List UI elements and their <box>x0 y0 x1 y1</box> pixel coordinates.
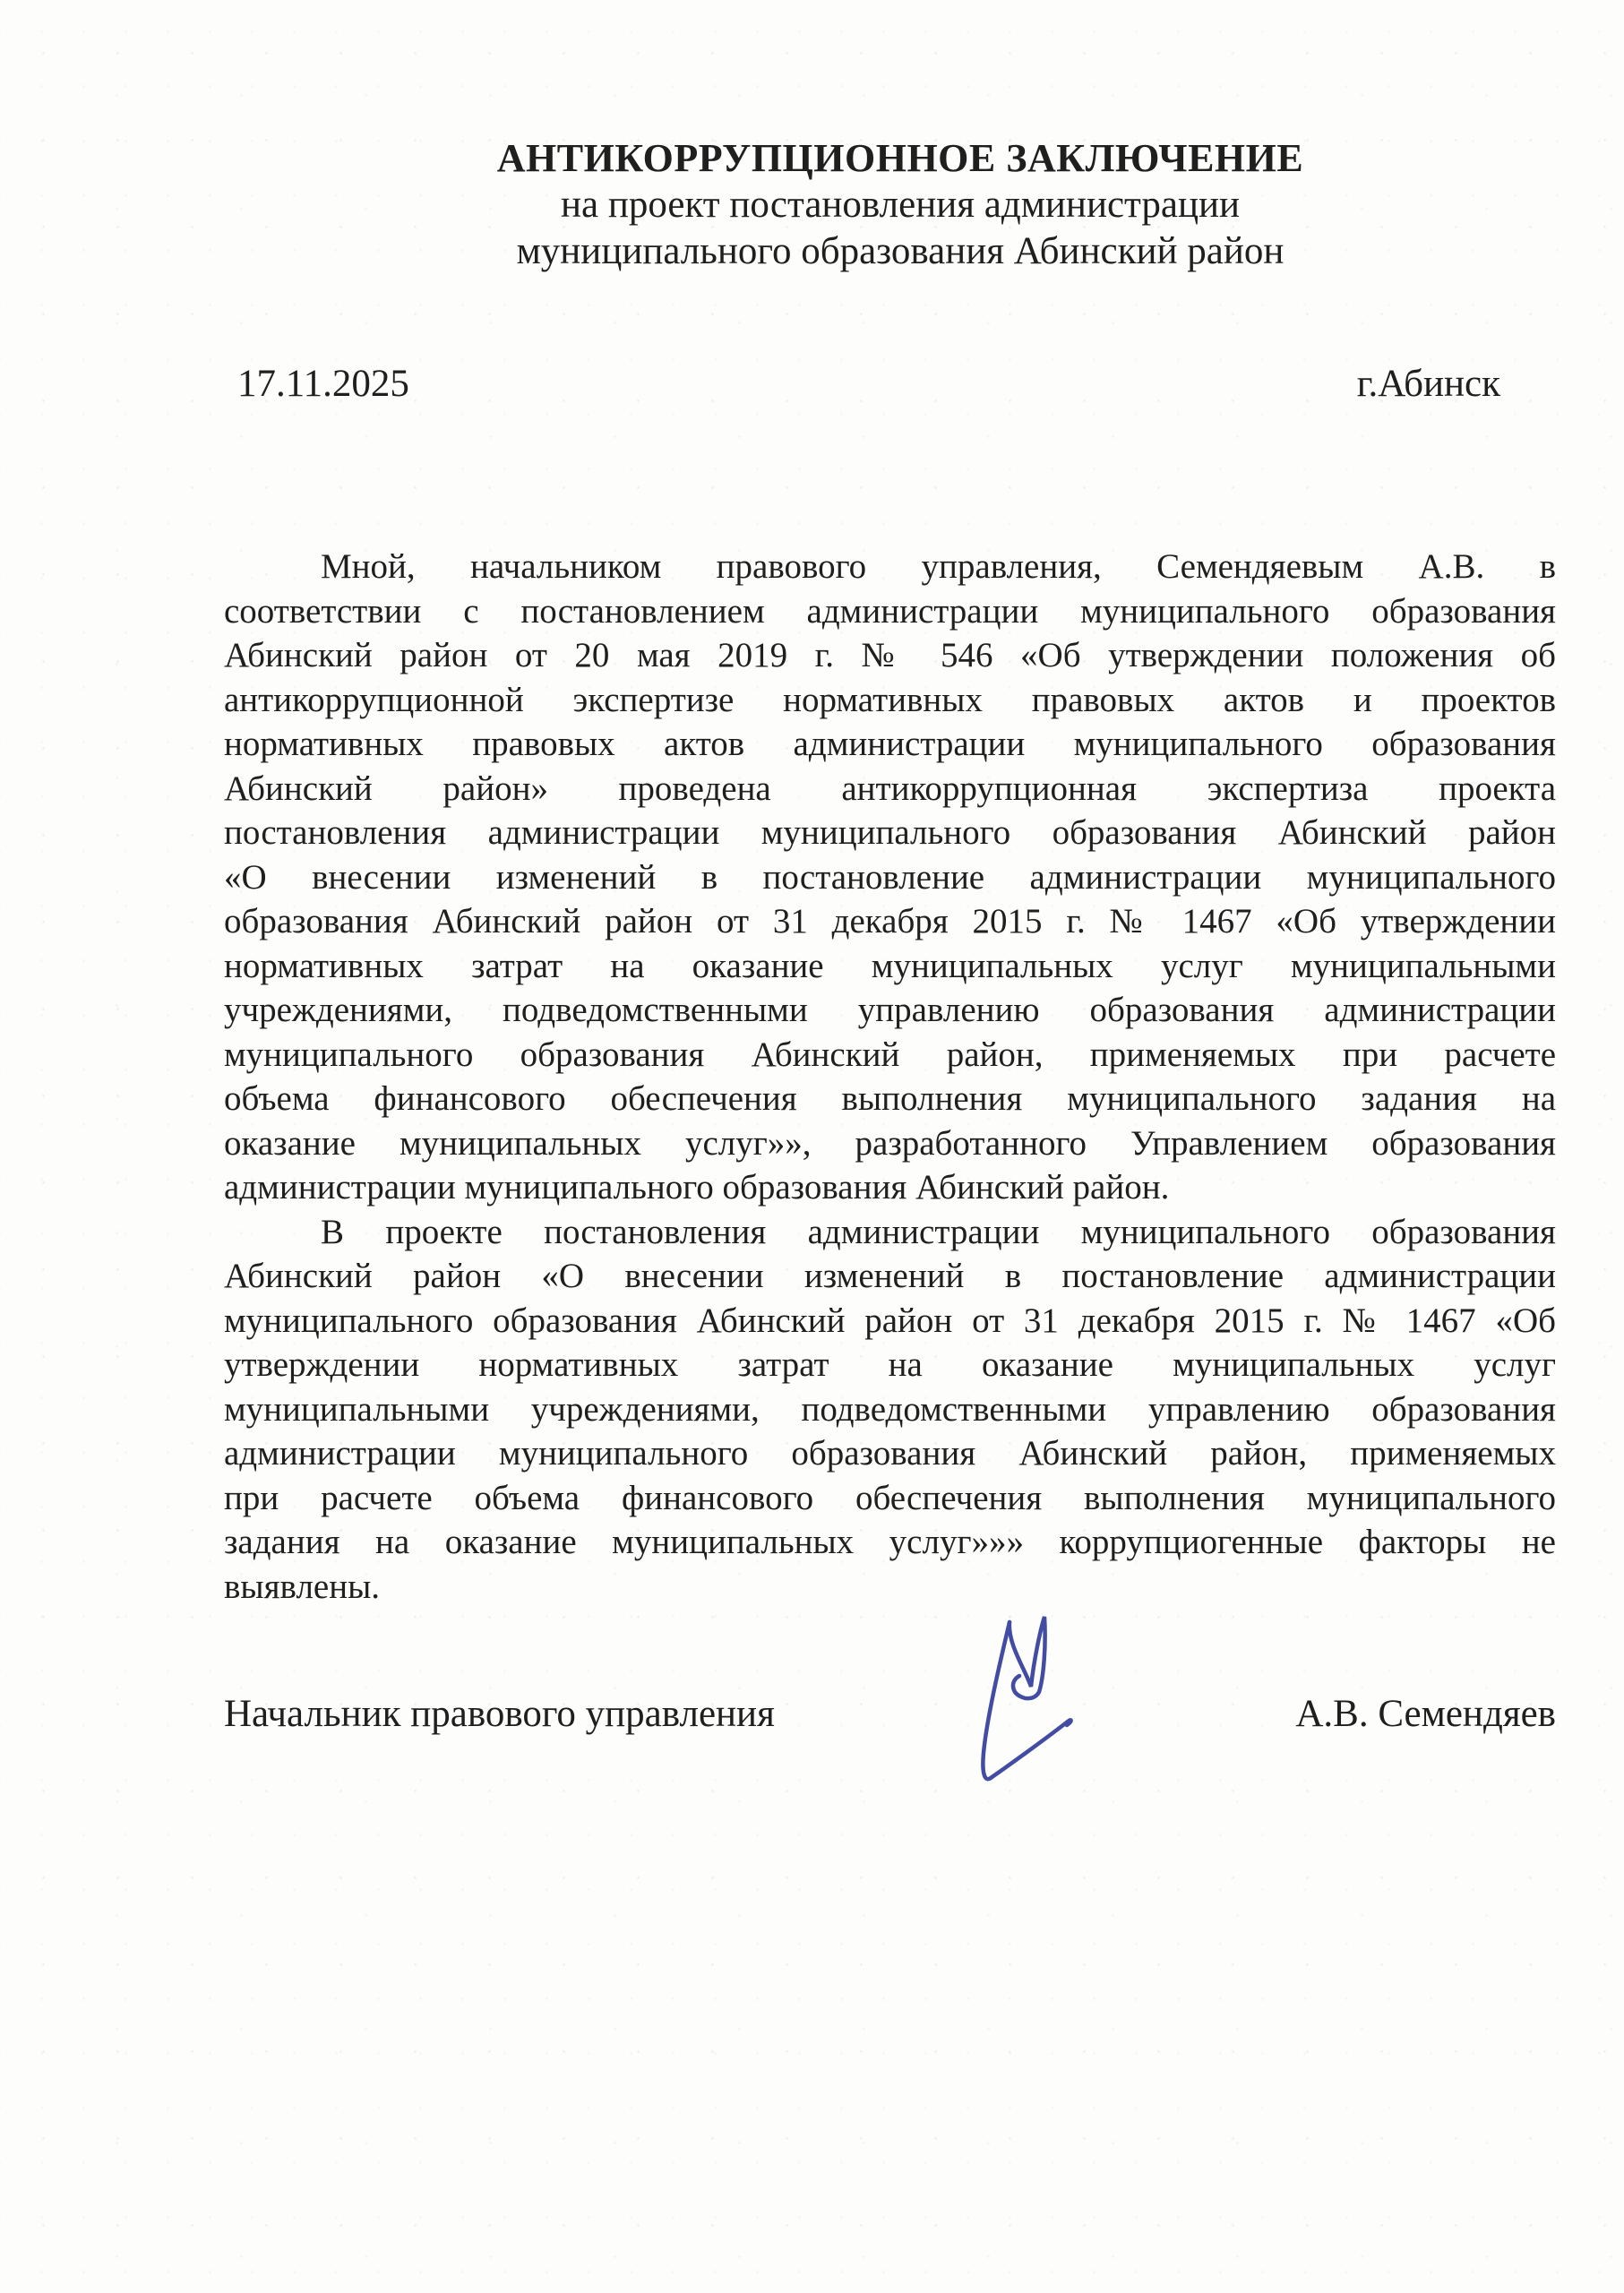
date-place-row: 17.11.2025 г.Абинск <box>237 362 1500 407</box>
signature-row: Начальник правового управления А.В. Семе… <box>224 1692 1556 1737</box>
text-line: муниципальными учреждениями, подведомств… <box>224 1387 1556 1432</box>
document-title: АНТИКОРРУПЦИОННОЕ ЗАКЛЮЧЕНИЕ <box>305 135 1496 182</box>
text-line: муниципального образования Абинский райо… <box>224 1299 1556 1344</box>
document-city: г.Абинск <box>1357 362 1500 407</box>
text-line: нормативных правовых актов администрации… <box>224 722 1556 767</box>
text-line: Абинский район «О внесении изменений в п… <box>224 1254 1556 1299</box>
text-line: выявлены. <box>224 1565 1556 1610</box>
handwritten-signature <box>972 1606 1088 1794</box>
document-subtitle-line-2: муниципального образования Абинский райо… <box>305 228 1496 275</box>
text-line: администрации муниципального образования… <box>224 1165 1556 1210</box>
document-date: 17.11.2025 <box>237 362 409 407</box>
text-line: оказание муниципальных услуг»», разработ… <box>224 1121 1556 1166</box>
text-line: «О внесении изменений в постановление ад… <box>224 855 1556 900</box>
text-line: при расчете объема финансового обеспечен… <box>224 1476 1556 1521</box>
text-line: соответствии с постановлением администра… <box>224 589 1556 634</box>
text-line: учреждениями, подведомственными управлен… <box>224 988 1556 1033</box>
signer-position-label: Начальник правового управления <box>224 1692 775 1737</box>
text-line: муниципального образования Абинский райо… <box>224 1033 1556 1078</box>
text-line: образования Абинский район от 31 декабря… <box>224 899 1556 944</box>
text-line: администрации муниципального образования… <box>224 1431 1556 1476</box>
signature-ink <box>983 1617 1070 1779</box>
text-line: В проекте постановления администрации му… <box>224 1210 1556 1255</box>
text-line: задания на оказание муниципальных услуг»… <box>224 1520 1556 1565</box>
text-line: Абинский район» проведена антикоррупцион… <box>224 767 1556 812</box>
document-header: АНТИКОРРУПЦИОННОЕ ЗАКЛЮЧЕНИЕ на проект п… <box>305 135 1496 275</box>
document-body: Мной, начальником правового управления, … <box>224 545 1556 1609</box>
text-line: нормативных затрат на оказание муниципал… <box>224 944 1556 989</box>
paragraph-1: Мной, начальником правового управления, … <box>224 545 1556 1210</box>
text-line: постановления администрации муниципально… <box>224 811 1556 855</box>
text-line: антикоррупционной экспертизе нормативных… <box>224 678 1556 723</box>
text-line: утверждении нормативных затрат на оказан… <box>224 1343 1556 1387</box>
text-line: Мной, начальником правового управления, … <box>224 545 1556 589</box>
signer-name: А.В. Семендяев <box>1295 1692 1556 1737</box>
text-line: объема финансового обеспечения выполнени… <box>224 1077 1556 1121</box>
document-subtitle-line-1: на проект постановления администрации <box>305 182 1496 228</box>
text-line: Абинский район от 20 мая 2019 г. № 546 «… <box>224 633 1556 678</box>
scanned-document-page: АНТИКОРРУПЦИОННОЕ ЗАКЛЮЧЕНИЕ на проект п… <box>0 0 1624 2293</box>
paragraph-2: В проекте постановления администрации му… <box>224 1210 1556 1610</box>
